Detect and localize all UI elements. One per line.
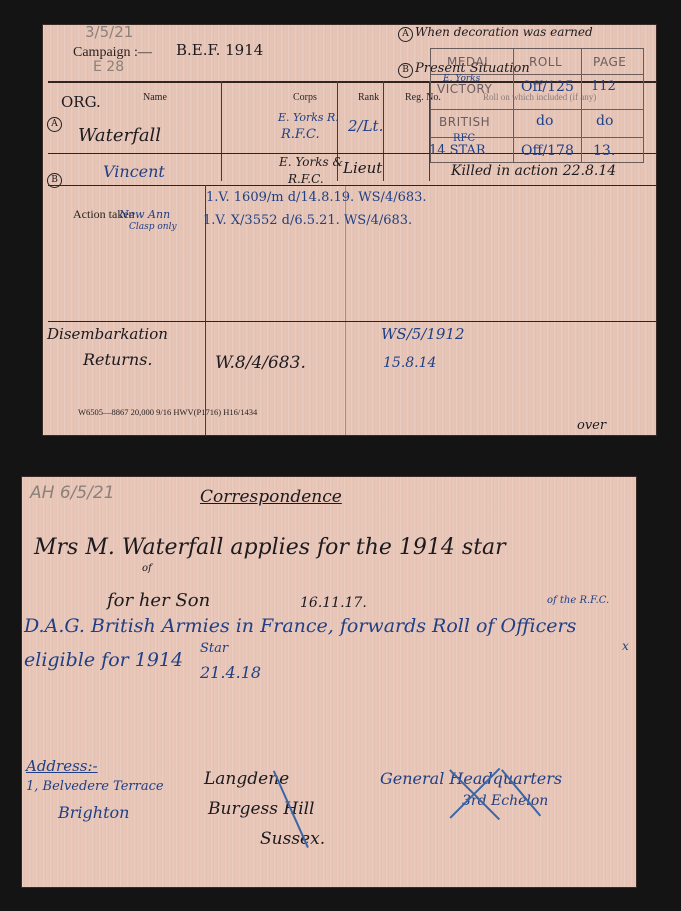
address-1-line-2: Brighton <box>58 803 129 822</box>
stamp-roll-star: Off/178 <box>521 143 574 159</box>
stamp-medal-victory: VICTORY <box>437 82 492 96</box>
pencil-code: E 28 <box>93 59 124 75</box>
row-a-corps-1: E. Yorks R. <box>278 111 339 124</box>
corr-line-2-mark: of <box>142 563 152 574</box>
header-corps: Corps <box>293 92 317 103</box>
corr-line-4-star: Star <box>200 641 228 656</box>
org-label: ORG. <box>61 93 101 111</box>
stamp-roll-british: do <box>536 113 553 129</box>
stamp-header-roll: ROLL <box>529 55 562 69</box>
address-1-line-1: 1, Belvedere Terrace <box>26 779 164 794</box>
correspondence-title: Correspondence <box>200 487 342 507</box>
address-2-line-3: Sussex. <box>260 829 325 849</box>
corr-annotation-rfc: of the R.F.C. <box>547 595 609 606</box>
row-a-corps-2: R.F.C. <box>281 127 320 142</box>
medal-index-card-back: AH 6/5/21 Correspondence Mrs M. Waterfal… <box>22 477 636 887</box>
note-a-text: When decoration was earned <box>415 25 593 39</box>
stamp-note: E. Yorks <box>443 74 480 84</box>
stamp-page-star: 13. <box>593 143 615 159</box>
stamp-medal-british: BRITISH <box>439 115 490 129</box>
row-a-rank: 2/Lt. <box>348 117 383 135</box>
stamp-page-victory: 112 <box>591 79 616 94</box>
over-note: over <box>577 418 606 433</box>
row-b-rank: Lieut <box>343 159 382 177</box>
row-rule <box>48 321 656 322</box>
returns-date: 15.8.14 <box>383 355 436 371</box>
marker-a: A <box>47 117 62 132</box>
corr-line-3: D.A.G. British Armies in France, forward… <box>24 615 576 637</box>
corr-line-4: eligible for 1914 <box>24 649 183 671</box>
returns-ref: W.8/4/683. <box>215 353 306 373</box>
row-b-situation: Killed in action 22.8.14 <box>451 163 616 179</box>
note-a: AWhen decoration was earned <box>398 25 593 42</box>
action-line-2: 1.V. X/3552 d/6.5.21. WS/4/683. <box>203 213 412 228</box>
action-line-1: 1.V. 1609/m d/14.8.19. WS/4/683. <box>206 190 427 205</box>
address-label: Address:- <box>26 757 98 775</box>
row-b-name: Vincent <box>103 162 165 181</box>
campaign-label: Campaign :— <box>73 45 152 61</box>
row-b-corps-2: R.F.C. <box>288 172 324 186</box>
campaign-value: B.E.F. 1914 <box>176 41 263 59</box>
returns-ws: WS/5/1912 <box>381 325 465 343</box>
col-divider <box>221 81 222 181</box>
corr-line-1: Mrs M. Waterfall applies for the 1914 st… <box>34 535 506 560</box>
corr-line-3-mark: x <box>622 639 629 653</box>
stamp-roll-victory: Off/125 <box>521 79 574 95</box>
row-a-name: Waterfall <box>78 125 161 146</box>
stamp-header-medal: MEDAL <box>447 55 491 69</box>
corr-line-2: for her Son <box>107 590 210 611</box>
row-rule <box>48 185 656 186</box>
marker-a: A <box>398 27 413 42</box>
header-rank: Rank <box>358 92 379 103</box>
medal-roll-stamp: MEDAL ROLL PAGE VICTORY E. Yorks Off/125… <box>430 48 644 163</box>
medal-index-card-front: 3/5/21 E 28 Campaign :— B.E.F. 1914 AWhe… <box>43 25 656 435</box>
print-code: W6505—8867 20,000 9/16 HWV(P1716) H16/14… <box>78 407 257 417</box>
address-3-line-1: General Headquarters <box>380 769 562 788</box>
stamp-page-british: do <box>596 113 613 129</box>
marker-b: B <box>398 63 413 78</box>
action-bracket-2: Clasp only <box>129 222 177 232</box>
pencil-date: AH 6/5/21 <box>30 483 115 503</box>
address-2-line-2: Burgess Hill <box>208 799 315 819</box>
action-bracket-1: New Ann <box>119 208 170 221</box>
header-name: Name <box>143 92 167 103</box>
row-b-corps-1: E. Yorks & <box>279 155 343 169</box>
corr-line-2-date: 16.11.17. <box>300 595 367 611</box>
disembarkation-label: Disembarkation <box>47 325 168 343</box>
row-a-marker: A <box>47 117 64 132</box>
returns-label: Returns. <box>83 350 153 369</box>
stamp-medal-star: 14 STAR <box>429 143 486 158</box>
stamp-header-page: PAGE <box>593 55 626 69</box>
corr-line-4-date: 21.4.18 <box>200 663 261 682</box>
pencil-date: 3/5/21 <box>85 23 133 41</box>
